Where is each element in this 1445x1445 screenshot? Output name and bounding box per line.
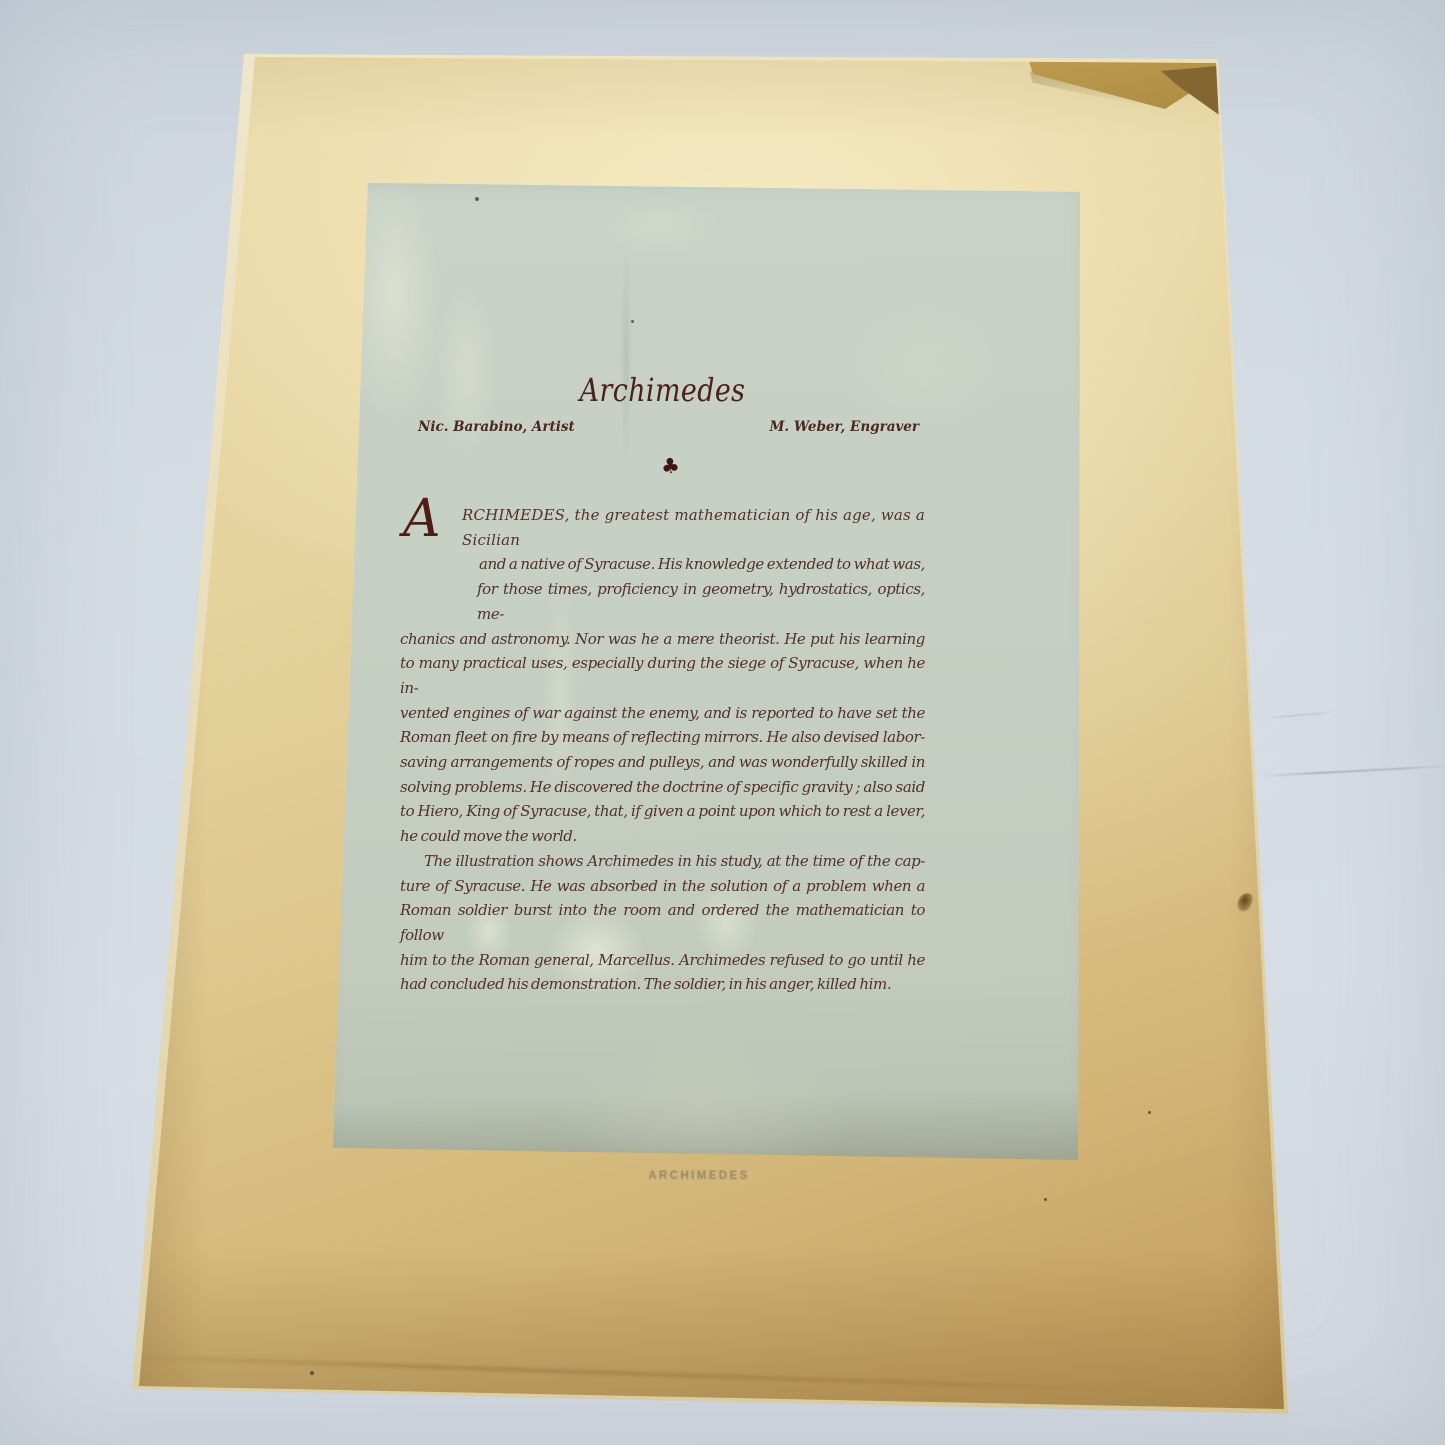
text-line: vented engines of war against the enemy,…: [400, 701, 925, 726]
text-line: for those times, proficiency in geometry…: [400, 577, 925, 626]
paper-speck: [631, 320, 634, 323]
body-text: A RCHIMEDES, the greatest mathematician …: [400, 503, 925, 997]
text-line: him to the Roman general, Marcellus. Arc…: [400, 948, 925, 973]
text-line: had concluded his demonstration. The sol…: [400, 972, 925, 997]
paper-crease: [133, 1355, 1133, 1392]
plate-caption: ARCHIMEDES: [599, 1170, 799, 1182]
text-line: RCHIMEDES, the greatest mathematician of…: [400, 503, 925, 552]
artist-credit: Nic. Barabino, Artist: [400, 419, 575, 435]
fleuron-icon: ♣: [660, 453, 681, 479]
text-line: The illustration shows Archimedes in his…: [400, 849, 925, 874]
credits-row: Nic. Barabino, Artist M. Weber, Engraver: [400, 419, 925, 435]
text-line: chanics and astronomy. Nor was he a mere…: [400, 627, 925, 652]
paragraph: RCHIMEDES, the greatest mathematician of…: [400, 503, 925, 849]
stain-spot: [1236, 892, 1254, 914]
text-line: to many practical uses, especially durin…: [400, 651, 925, 700]
engraver-credit: M. Weber, Engraver: [769, 419, 925, 435]
paper-speck: [1044, 1198, 1047, 1201]
paper-speck: [1148, 1111, 1151, 1114]
text-line: saving arrangements of ropes and pulleys…: [400, 750, 925, 775]
print-page: Archimedes Nic. Barabino, Artist M. Webe…: [139, 57, 1285, 1410]
plate-tissue: Archimedes Nic. Barabino, Artist M. Webe…: [324, 179, 1090, 1169]
text-line: Roman soldier burst into the room and or…: [400, 898, 925, 947]
ornament-row: ♣: [400, 455, 925, 479]
text-line: ture of Syracuse. He was absorbed in the…: [400, 874, 925, 899]
drop-cap: A: [403, 493, 441, 545]
paragraph: The illustration shows Archimedes in his…: [400, 849, 925, 997]
text-line: to Hiero, King of Syracuse, that, if giv…: [400, 799, 925, 824]
text-line: and a native of Syracuse. His knowledge …: [400, 552, 925, 577]
text-line: he could move the world.: [400, 824, 925, 849]
text-line: solving problems. He discovered the doct…: [400, 775, 925, 800]
paper-speck: [475, 197, 479, 201]
text-line: Roman fleet on fire by means of reflecti…: [400, 725, 925, 750]
photo-scene: Archimedes Nic. Barabino, Artist M. Webe…: [0, 0, 1445, 1445]
paper-speck: [310, 1371, 314, 1375]
page-title: Archimedes: [442, 371, 883, 409]
